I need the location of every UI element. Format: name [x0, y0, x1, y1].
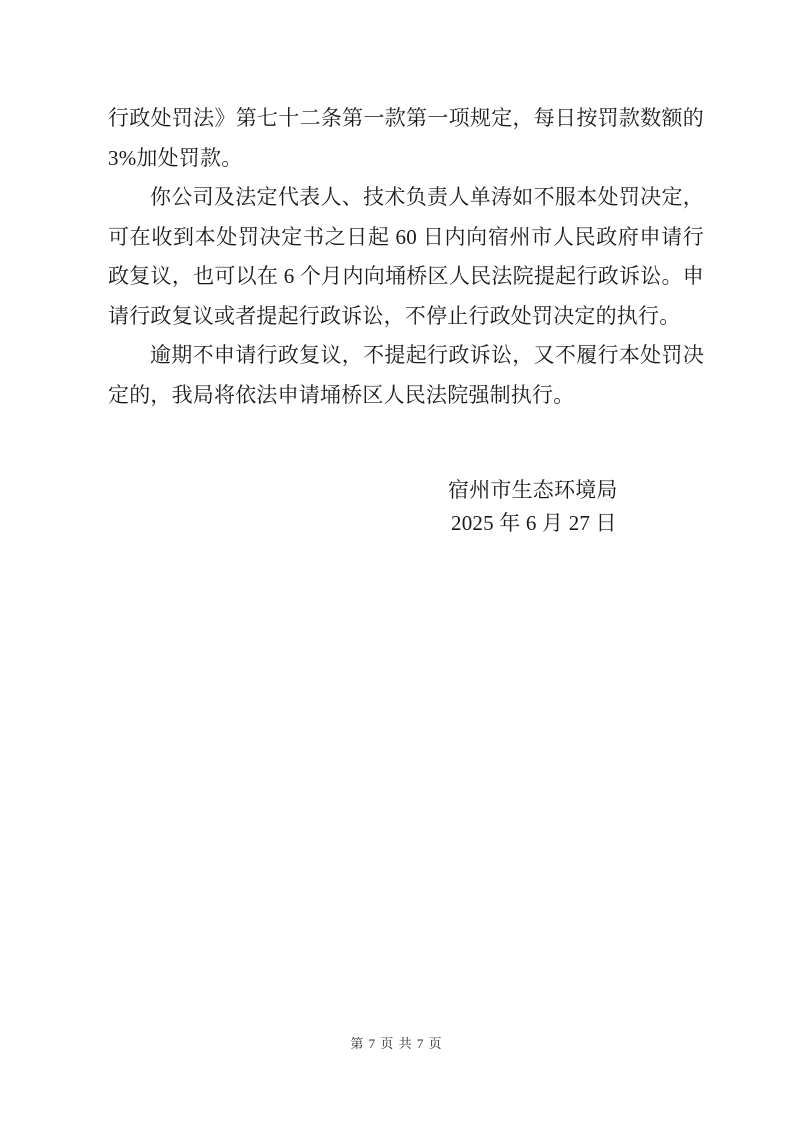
issue-date: 2025 年 6 月 27 日	[448, 507, 618, 540]
paragraph-penalty-continuation: 行政处罚法》第七十二条第一款第一项规定，每日按罚款数额的3%加处罚款。	[108, 99, 704, 178]
issuing-authority: 宿州市生态环境局	[448, 474, 618, 507]
document-body: 行政处罚法》第七十二条第一款第一项规定，每日按罚款数额的3%加处罚款。 你公司及…	[108, 99, 704, 415]
document-page: 行政处罚法》第七十二条第一款第一项规定，每日按罚款数额的3%加处罚款。 你公司及…	[0, 0, 793, 1122]
paragraph-appeal-rights: 你公司及法定代表人、技术负责人单涛如不服本处罚决定，可在收到本处罚决定书之日起 …	[108, 178, 704, 336]
page-footer: 第 7 页 共 7 页	[0, 1036, 793, 1052]
page-number: 第 7 页 共 7 页	[350, 1036, 442, 1051]
signature-block: 宿州市生态环境局 2025 年 6 月 27 日	[448, 474, 618, 540]
paragraph-enforcement: 逾期不申请行政复议，不提起行政诉讼，又不履行本处罚决定的，我局将依法申请埇桥区人…	[108, 336, 704, 415]
